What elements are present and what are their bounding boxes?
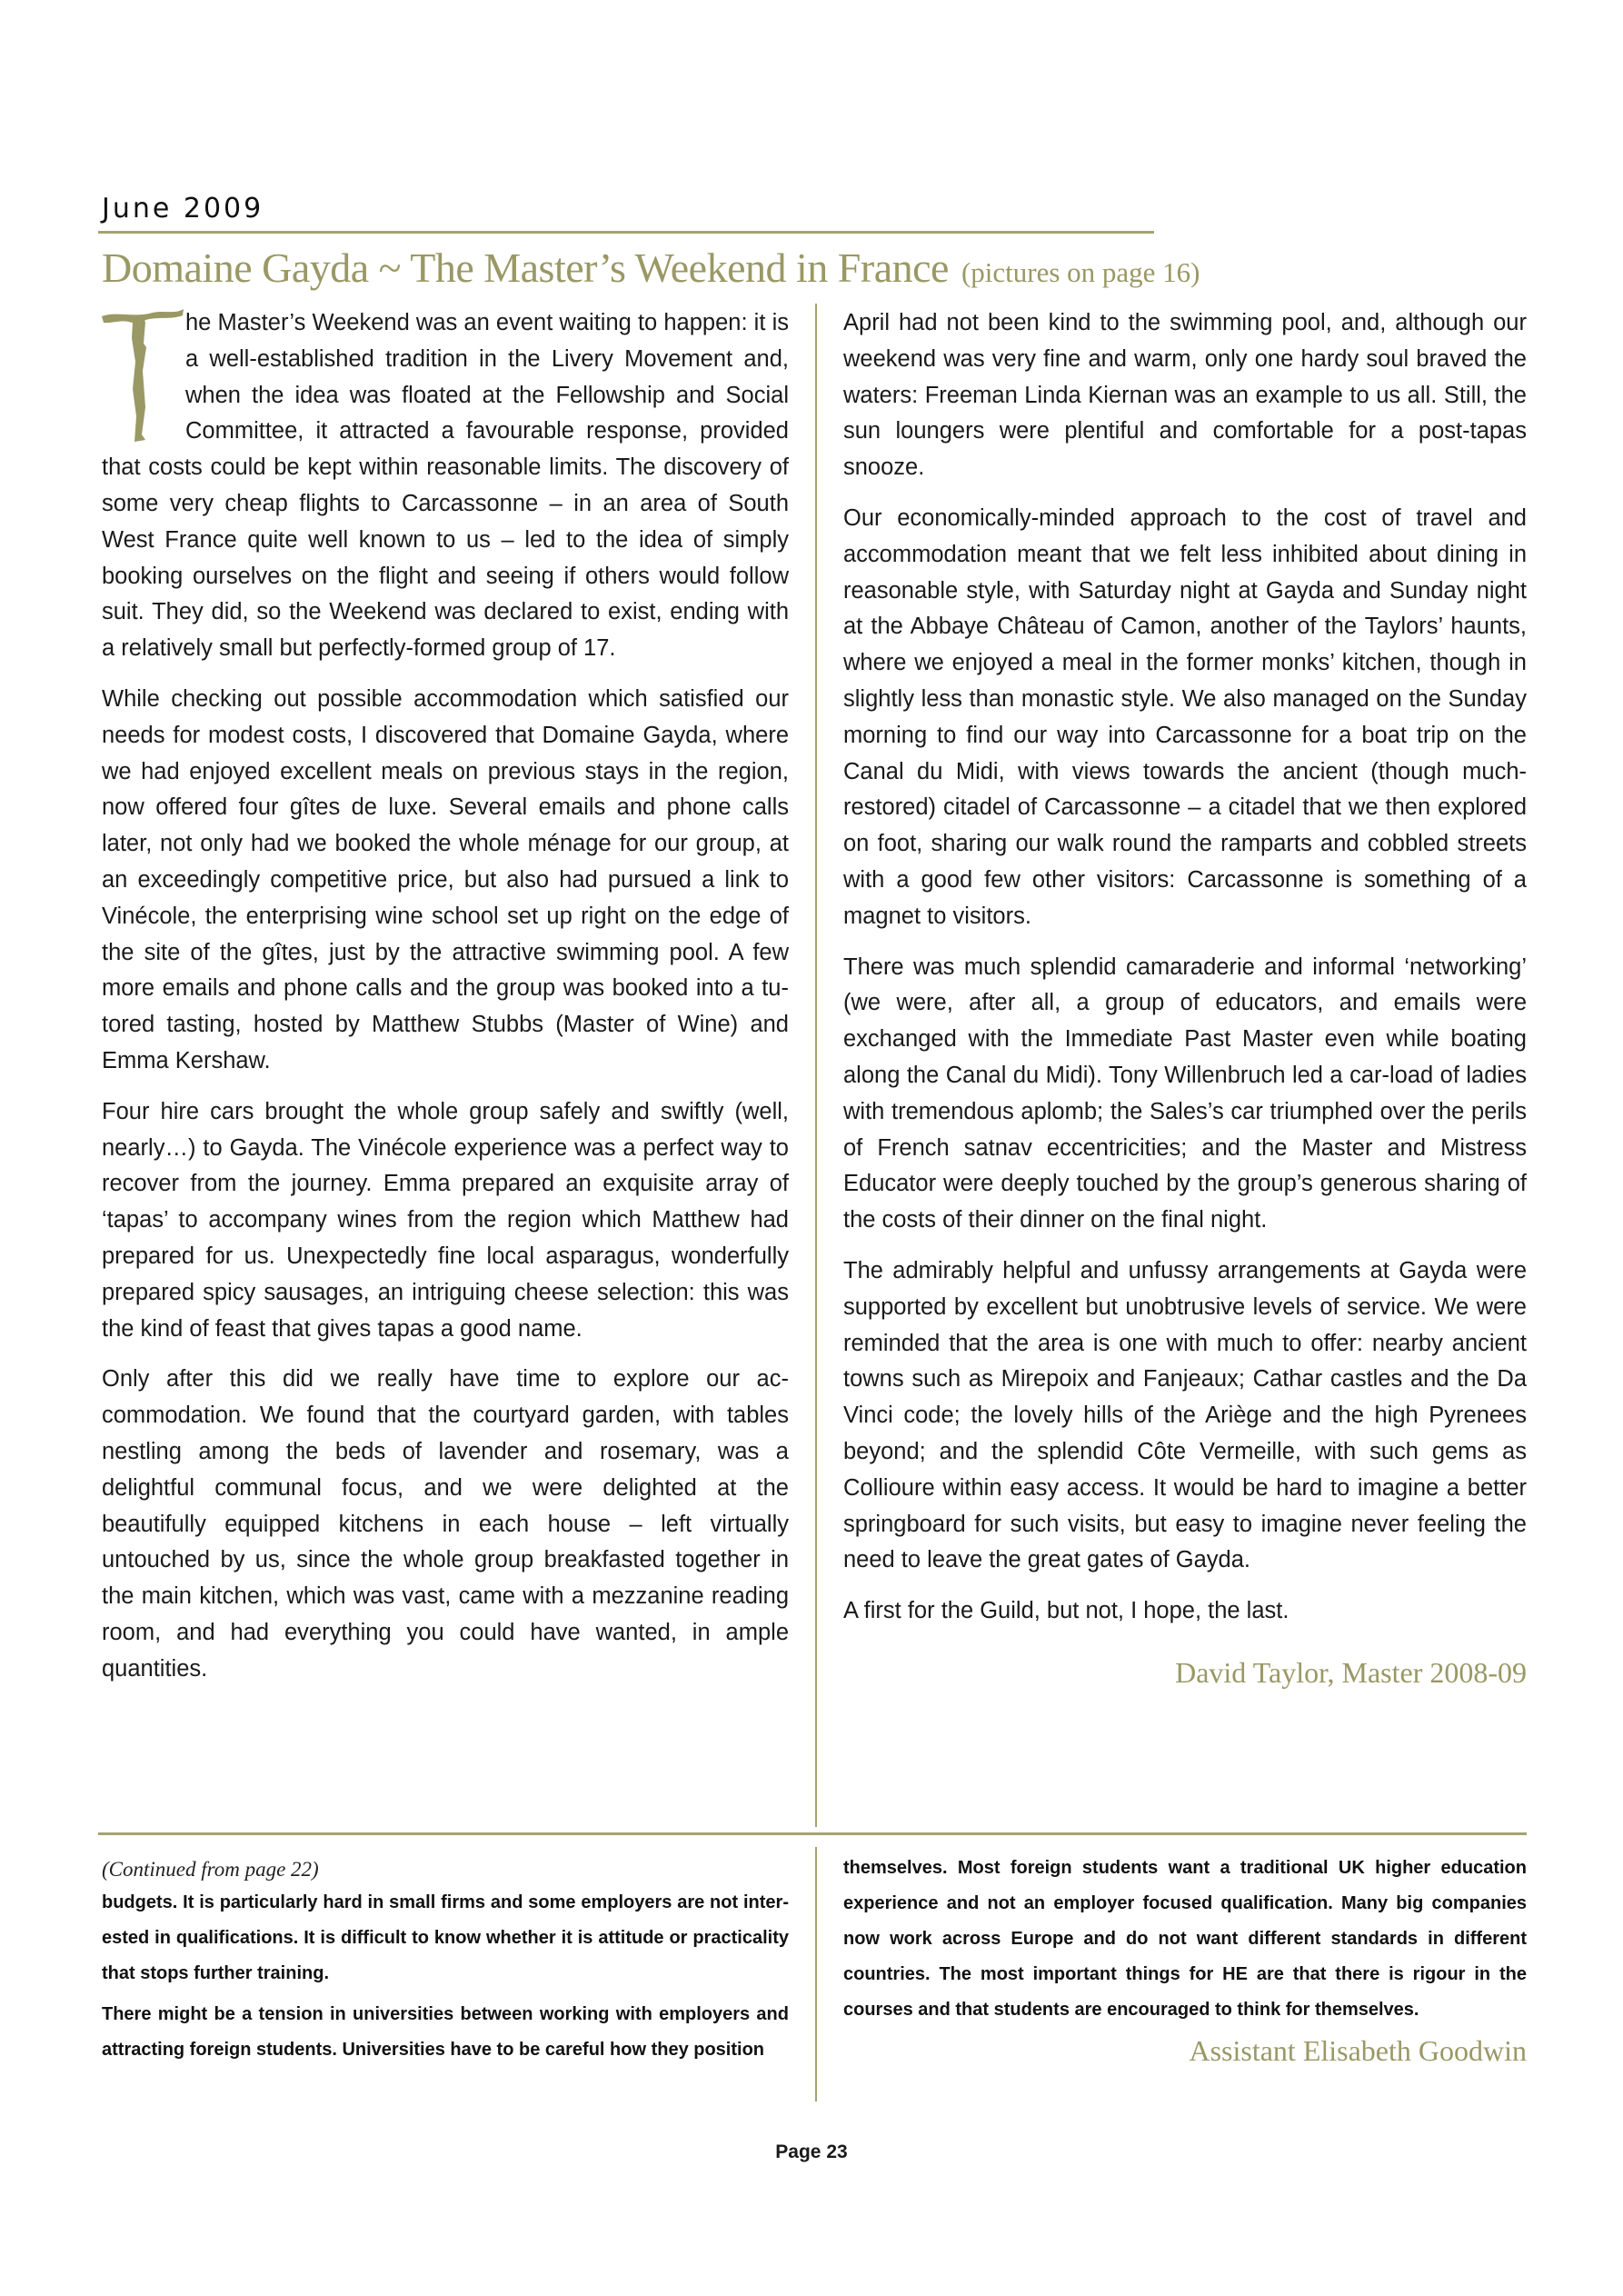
drop-cap-t-icon <box>98 307 185 444</box>
article-paragraph: Only after this did we really have time … <box>102 1362 789 1687</box>
article-paragraph: Four hire cars brought the whole group s… <box>102 1094 789 1348</box>
article-paragraph: Our economically-minded approach to the … <box>843 501 1527 935</box>
page-number: Page 23 <box>0 2141 1623 2163</box>
continuation-left-column: (Continued from page 22) budgets. It is … <box>102 1854 789 2073</box>
article-paragraph: While checking out possible accommodatio… <box>102 682 789 1080</box>
article-paragraph: he Master’s Weekend was an event waiting… <box>102 305 789 667</box>
article-title: Domaine Gayda ~ The Master’s Weekend in … <box>102 245 949 291</box>
article-left-column: he Master’s Weekend was an event waiting… <box>102 305 789 1702</box>
continuation-paragraph: budgets. It is particularly hard in smal… <box>102 1885 789 1992</box>
article-paragraph: April had not been kind to the swimming … <box>843 305 1527 486</box>
article-paragraph: A first for the Guild, but not, I hope, … <box>843 1593 1527 1630</box>
continuation-paragraph: There might be a tension in universities… <box>102 1997 789 2068</box>
article-headline: Domaine Gayda ~ The Master’s Weekend in … <box>102 244 1200 292</box>
article-paragraph: The admirably helpful and unfussy arrang… <box>843 1253 1527 1579</box>
author-signature: David Taylor, Master 2008-09 <box>843 1655 1527 1692</box>
continued-note: (Continued from page 22) <box>102 1854 789 1885</box>
article-paragraph: There was much splendid camaraderie and … <box>843 950 1527 1239</box>
column-divider <box>815 304 817 1827</box>
article-title-note: (pictures on page 16) <box>961 256 1200 288</box>
column-divider <box>815 1847 817 2101</box>
continuation-right-column: themselves. Most foreign students want a… <box>843 1851 1527 2069</box>
header-rule <box>98 231 1154 234</box>
continuation-paragraph: themselves. Most foreign students want a… <box>843 1851 1527 2028</box>
article-right-column: April had not been kind to the swimming … <box>843 305 1527 1692</box>
issue-date: June 2009 <box>102 193 264 225</box>
section-divider-rule <box>98 1832 1527 1835</box>
continuation-signature: Assistant Elisabeth Goodwin <box>843 2033 1527 2069</box>
